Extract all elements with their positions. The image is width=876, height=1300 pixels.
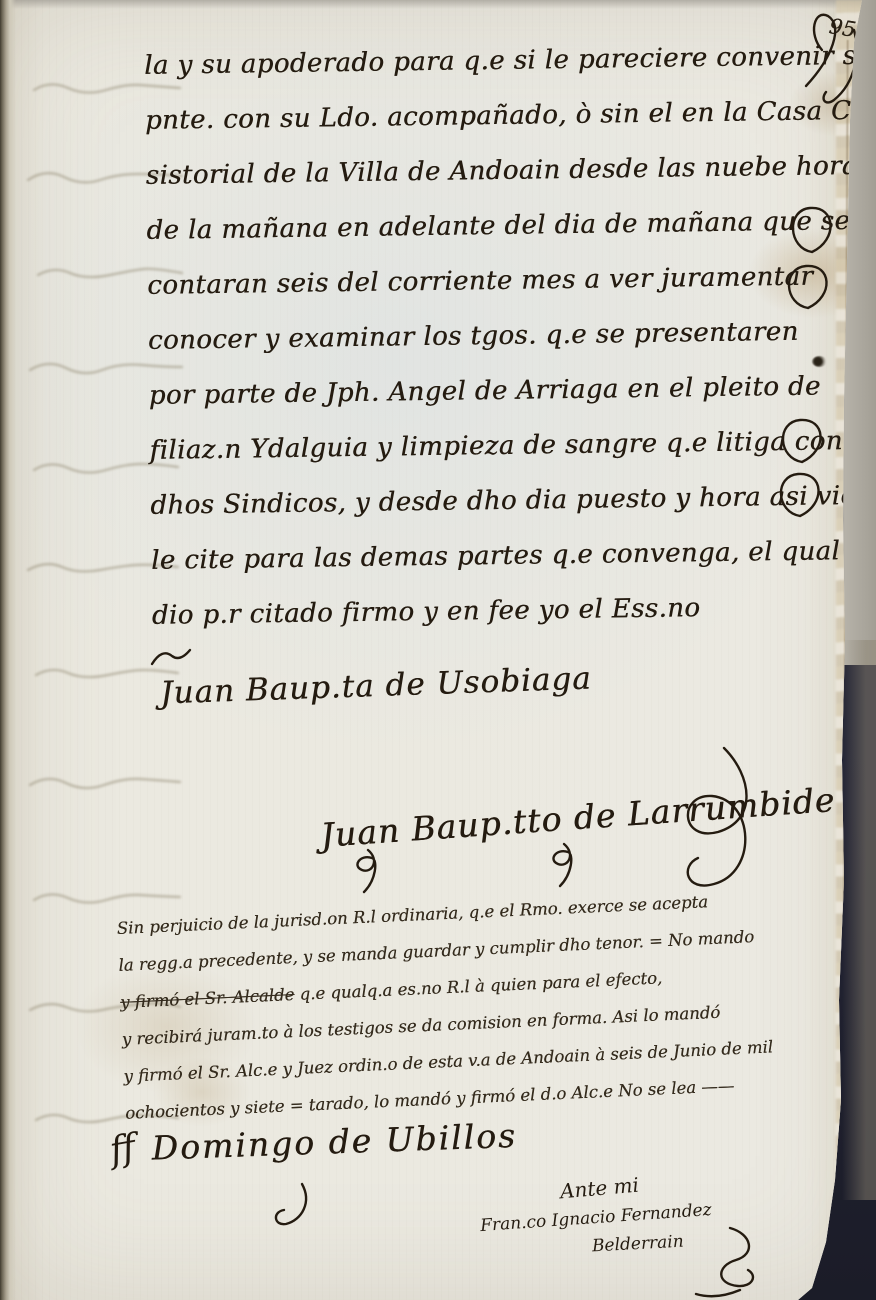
body-line: sistorial de la Villa de Andoain desde l… [145,139,846,204]
manuscript-page: 95 la y su apoderado para q.e si le pare… [0,0,876,1300]
body-line: filiaz.n Ydalguia y limpieza de sangre q… [149,414,850,479]
decree-note: Sin perjuicio de la jurisd.on R.l ordina… [116,876,875,1132]
strikethrough-text: y firmó el Sr. Alcalde [120,985,295,1012]
signature-fernandez-line1: Fran.co Ignacio Fernandez [480,1200,713,1236]
underlying-page-edge-lower [842,640,876,1200]
larrumbide-curl-left [348,846,384,896]
body-line: por parte de Jph. Angel de Arriaga en el… [148,359,849,424]
body-line: le cite para las demas partes q.e conven… [151,524,852,589]
body-line: dhos Sindicos, y desde dho dia puesto y … [150,469,851,534]
body-line: de la mañana en adelante del dia de maña… [146,194,847,259]
manuscript-scan: 95 la y su apoderado para q.e si le pare… [0,0,876,1300]
signature-larrumbide: Juan Baup.tto de Larrumbide [319,780,836,855]
page-top-edge [0,0,876,9]
body-line: dio p.r citado firmo y en fee yo el Ess.… [151,579,852,644]
signature-fernandez-line2: Belderrain [592,1232,685,1257]
fernandez-rubric [676,1224,772,1300]
body-text: la y su apoderado para q.e si le parecie… [144,29,852,644]
attestation-ante-mi: Ante mi [559,1173,640,1204]
signature-paraph: ff [107,1127,139,1172]
body-line: la y su apoderado para q.e si le parecie… [144,29,845,94]
larrumbide-curl-right [544,840,580,890]
body-line: contaran seis del corriente mes a ver ju… [147,249,848,314]
body-line: pnte. con su Ldo. acompañado, ò sin el e… [145,84,846,149]
body-line: conocer y examinar los tgos. q.e se pres… [148,304,849,369]
